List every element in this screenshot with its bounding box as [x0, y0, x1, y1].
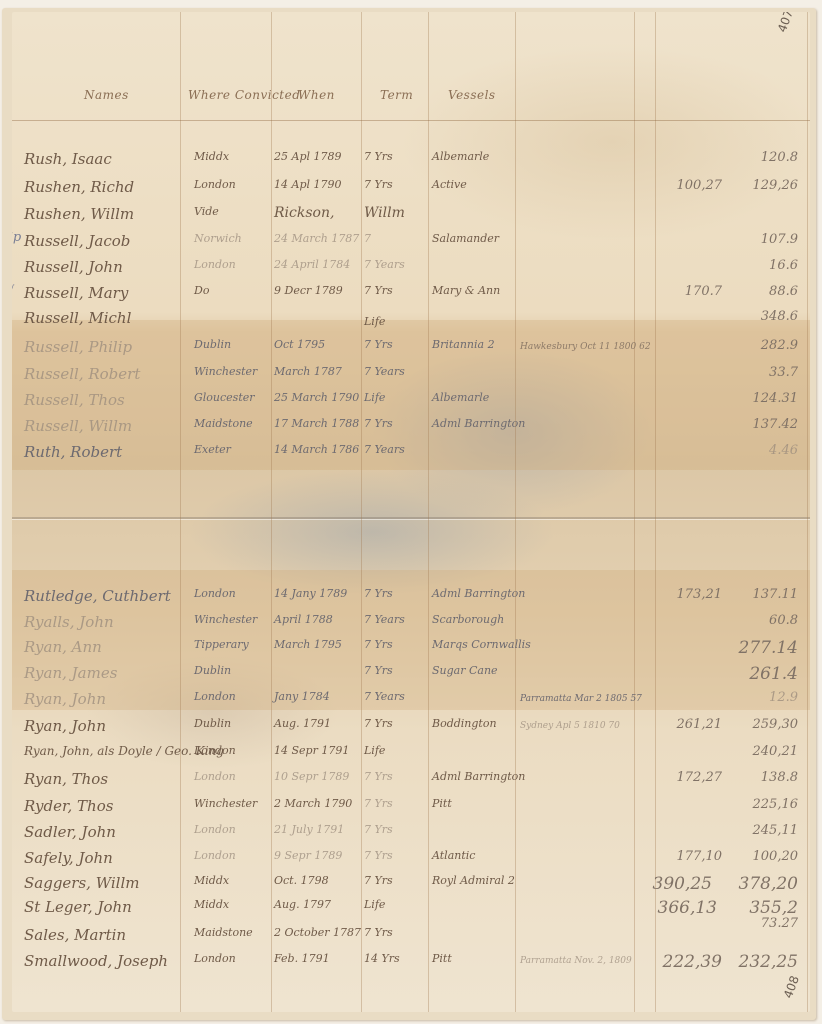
- cell-where: London: [194, 744, 236, 757]
- cell-num2: 245,11: [724, 823, 798, 838]
- table-row: Smallwood, Joseph London Feb. 1791 14 Yr…: [12, 952, 810, 978]
- cell-term: 7 Yrs: [364, 417, 393, 430]
- header-term: Term: [380, 88, 413, 102]
- cell-name: Rush, Isaac: [24, 150, 112, 168]
- cell-name: Rushen, Richd: [24, 178, 134, 196]
- cell-term: Life: [364, 315, 385, 328]
- cell-where: London: [194, 178, 236, 191]
- cell-num1: 177,10: [652, 849, 722, 864]
- cell-where: Middx: [194, 898, 229, 911]
- cell-name: Russell, Philip: [24, 338, 132, 356]
- cell-term: 7 Yrs: [364, 638, 393, 651]
- cell-when: 14 Sepr 1791: [274, 744, 349, 757]
- cell-name: St Leger, John: [24, 898, 132, 916]
- table-row: Russell, Philip Dublin Oct 1795 7 Yrs Br…: [12, 338, 810, 364]
- cell-vessel: Adml Barrington: [432, 770, 525, 783]
- cell-num2: 348.6: [724, 309, 798, 324]
- cell-term: 7 Yrs: [364, 797, 393, 810]
- cell-name: Ryder, Thos: [24, 797, 113, 815]
- cell-num2: 137.11: [724, 587, 798, 602]
- cell-term: 7 Years: [364, 258, 405, 271]
- cell-num1: 173,21: [652, 587, 722, 602]
- table-row: Ryder, Thos Winchester 2 March 1790 7 Yr…: [12, 797, 810, 823]
- table-row: Russell, Thos Gloucester 25 March 1790 L…: [12, 391, 810, 417]
- table-row: Russell, John London 24 April 1784 7 Yea…: [12, 258, 810, 284]
- cell-name: Ryalls, John: [24, 613, 114, 631]
- cell-num1: 172,27: [652, 770, 722, 785]
- cell-name: Ryan, Ann: [24, 638, 102, 656]
- cell-num2: 33.7: [724, 365, 798, 380]
- table-row: Saggers, Willm Middx Oct. 1798 7 Yrs Roy…: [12, 874, 810, 900]
- header-where-convicted: Where Convicted: [188, 88, 300, 102]
- cell-where: Dublin: [194, 338, 231, 351]
- cell-when: 10 Sepr 1789: [274, 770, 349, 783]
- table-row: Safely, John London 9 Sepr 1789 7 Yrs At…: [12, 849, 810, 875]
- table-row: Rush, Isaac Middx 25 Apl 1789 7 Yrs Albe…: [12, 150, 810, 176]
- cell-name: Russell, John: [24, 258, 123, 276]
- header-names: Names: [84, 88, 129, 102]
- table-row: Rushen, Willm Vide Rickson, Willm: [12, 205, 810, 231]
- table-row: Sales, Martin Maidstone 2 October 1787 7…: [12, 926, 810, 952]
- cell-when: 14 Apl 1790: [274, 178, 342, 191]
- table-row: Rushen, Richd London 14 Apl 1790 7 Yrs A…: [12, 178, 810, 204]
- cell-num2: 355,2: [724, 898, 798, 918]
- cell-term: 14 Yrs: [364, 952, 400, 965]
- table-row: Russell, Michl Life 348.6: [12, 309, 810, 335]
- cell-name: Russell, Jacob: [24, 232, 130, 250]
- cell-num2: 107.9: [724, 232, 798, 247]
- cell-where: Maidstone: [194, 926, 253, 939]
- cell-where: London: [194, 952, 236, 965]
- cell-when: April 1788: [274, 613, 333, 626]
- cell-where: London: [194, 587, 236, 600]
- cell-vessel: Albemarle: [432, 391, 489, 404]
- cell-remark: Hawkesbury Oct 11 1800 62: [520, 342, 651, 352]
- cell-vessel: Sugar Cane: [432, 664, 498, 677]
- table-row: Ryalls, John Winchester April 1788 7 Yea…: [12, 613, 810, 639]
- cell-num1: 170.7: [652, 284, 722, 299]
- cell-vessel: Adml Barrington: [432, 587, 525, 600]
- cell-remark: Parramatta Mar 2 1805 57: [520, 694, 642, 704]
- cell-term: 7 Yrs: [364, 150, 393, 163]
- cell-term: 7 Yrs: [364, 926, 393, 939]
- cell-where: London: [194, 849, 236, 862]
- cell-where: London: [194, 823, 236, 836]
- cell-vessel: Pitt: [432, 952, 452, 965]
- cell-vessel: Atlantic: [432, 849, 475, 862]
- cell-when: 9 Sepr 1789: [274, 849, 342, 862]
- cell-num1: 100,27: [652, 178, 722, 193]
- table-row: Sadler, John London 21 July 1791 7 Yrs 2…: [12, 823, 810, 849]
- cell-where: Tipperary: [194, 638, 249, 651]
- cell-when: 24 April 1784: [274, 258, 350, 271]
- cell-term: Life: [364, 744, 385, 757]
- table-row: Ryan, Thos London 10 Sepr 1789 7 Yrs Adm…: [12, 770, 810, 796]
- cell-num2: 137.42: [724, 417, 798, 432]
- cell-when: 14 Jany 1789: [274, 587, 347, 600]
- cell-name: Russell, Thos: [24, 391, 125, 409]
- cell-term: 7 Yrs: [364, 874, 393, 887]
- table-row: Ryan, John Dublin Aug. 1791 7 Yrs Boddin…: [12, 717, 810, 743]
- cell-term: 7: [364, 232, 371, 245]
- cell-num2: 225,16: [724, 797, 798, 812]
- cell-num2: 277.14: [724, 638, 798, 658]
- cell-name: Ruth, Robert: [24, 443, 122, 461]
- cell-name: Smallwood, Joseph: [24, 952, 168, 970]
- cell-when: 14 March 1786: [274, 443, 359, 456]
- page-number-top: 407: [775, 12, 796, 34]
- cell-term: 7 Yrs: [364, 284, 393, 297]
- cell-when: 21 July 1791: [274, 823, 344, 836]
- cell-term: 7 Years: [364, 613, 405, 626]
- cell-name: Safely, John: [24, 849, 113, 867]
- cell-term: 7 Yrs: [364, 178, 393, 191]
- cell-when: Aug. 1797: [274, 898, 331, 911]
- cell-where: Middx: [194, 874, 229, 887]
- table-row: St Leger, John Middx Aug. 1797 Life 366,…: [12, 898, 810, 924]
- cell-vessel: Mary & Ann: [432, 284, 500, 297]
- cell-term: 7 Yrs: [364, 717, 393, 730]
- cell-name: Rushen, Willm: [24, 205, 134, 223]
- cell-num2: 100,20: [724, 849, 798, 864]
- table-row: Ryan, John London Jany 1784 7 Years Parr…: [12, 690, 810, 716]
- cell-num1: 390,25: [612, 874, 712, 894]
- cell-num2: 124.31: [724, 391, 798, 406]
- cell-when: 2 October 1787: [274, 926, 361, 939]
- cell-vessel: Marqs Cornwallis: [432, 638, 531, 651]
- cell-where: London: [194, 770, 236, 783]
- cell-where: Vide: [194, 205, 219, 218]
- header-when: When: [298, 88, 335, 102]
- cell-when: 9 Decr 1789: [274, 284, 343, 297]
- cell-name: Russell, Michl: [24, 309, 131, 327]
- cell-num2: 378,20: [724, 874, 798, 894]
- cell-num2: 12.9: [724, 690, 798, 705]
- table-row: Ruth, Robert Exeter 14 March 1786 7 Year…: [12, 443, 810, 469]
- cell-when: Oct. 1798: [274, 874, 329, 887]
- cell-when: 25 Apl 1789: [274, 150, 342, 163]
- cell-remark: Parramatta Nov. 2, 1809: [520, 956, 632, 966]
- cell-num1: 222,39: [652, 952, 722, 972]
- cell-term: Life: [364, 898, 385, 911]
- cell-term: Life: [364, 391, 385, 404]
- cell-num2: 282.9: [724, 338, 798, 353]
- cell-name: Russell, Willm: [24, 417, 132, 435]
- cell-term: 7 Years: [364, 690, 405, 703]
- cell-where: Gloucester: [194, 391, 255, 404]
- cell-when: 17 March 1788: [274, 417, 359, 430]
- cell-term: 7 Yrs: [364, 338, 393, 351]
- cell-num2: 4.46: [724, 443, 798, 458]
- table-row: Ryan, John, als Doyle / Geo. King London…: [12, 744, 810, 770]
- cell-num1: 366,13: [622, 898, 717, 918]
- cell-where: London: [194, 258, 236, 271]
- cell-num2: 120.8: [724, 150, 798, 165]
- cell-when: March 1795: [274, 638, 342, 651]
- table-row: Ryan, James Dublin 7 Yrs Sugar Cane 261.…: [12, 664, 810, 690]
- cell-num2: 73.27: [724, 916, 798, 931]
- cell-where: Norwich: [194, 232, 242, 245]
- cell-term: 7 Years: [364, 365, 405, 378]
- cell-when: March 1787: [274, 365, 342, 378]
- table-row: Russell, Robert Winchester March 1787 7 …: [12, 365, 810, 391]
- cell-name: Saggers, Willm: [24, 874, 139, 892]
- cell-num2: 138.8: [724, 770, 798, 785]
- cell-vessel: Salamander: [432, 232, 499, 245]
- cell-when: 2 March 1790: [274, 797, 352, 810]
- cell-num2: 240,21: [724, 744, 798, 759]
- cell-num2: 232,25: [724, 952, 798, 972]
- cell-name: Ryan, John: [24, 690, 106, 708]
- cell-vessel: Active: [432, 178, 467, 191]
- cell-when: Aug. 1791: [274, 717, 331, 730]
- table-row: Rutledge, Cuthbert London 14 Jany 1789 7…: [12, 587, 810, 613]
- page-fold: [12, 517, 810, 519]
- table-row: Russell, Mary Do 9 Decr 1789 7 Yrs Mary …: [12, 284, 810, 310]
- cell-where: Winchester: [194, 797, 257, 810]
- header-rule: [12, 120, 810, 121]
- cell-remark: Sydney Apl 5 1810 70: [520, 721, 620, 731]
- cell-num2: 88.6: [724, 284, 798, 299]
- cell-where: Middx: [194, 150, 229, 163]
- ledger-page: Names Where Convicted When Term Vessels …: [12, 12, 810, 1012]
- cell-where: Exeter: [194, 443, 231, 456]
- cell-num2: 129,26: [724, 178, 798, 193]
- header-vessels: Vessels: [448, 88, 496, 102]
- cell-num1: 261,21: [652, 717, 722, 732]
- cell-name: Sadler, John: [24, 823, 116, 841]
- cell-name: Rutledge, Cuthbert: [24, 587, 171, 605]
- cell-where: Dublin: [194, 717, 231, 730]
- table-row: Russell, Willm Maidstone 17 March 1788 7…: [12, 417, 810, 443]
- cell-where: Do: [194, 284, 209, 297]
- cell-term: 7 Yrs: [364, 823, 393, 836]
- cell-where: Dublin: [194, 664, 231, 677]
- cell-when: Feb. 1791: [274, 952, 330, 965]
- table-row: Russell, Jacob Norwich 24 March 1787 7 S…: [12, 232, 810, 258]
- cell-where: Winchester: [194, 613, 257, 626]
- cell-name: Ryan, Thos: [24, 770, 108, 788]
- cell-vessel: Royl Admiral 2: [432, 874, 515, 887]
- cell-vessel: Britannia 2: [432, 338, 495, 351]
- cell-vessel: Albemarle: [432, 150, 489, 163]
- cell-term: 7 Yrs: [364, 770, 393, 783]
- cell-when: 24 March 1787: [274, 232, 359, 245]
- cell-where: London: [194, 690, 236, 703]
- cell-term: 7 Years: [364, 443, 405, 456]
- cell-name: Sales, Martin: [24, 926, 126, 944]
- table-row: Ryan, Ann Tipperary March 1795 7 Yrs Mar…: [12, 638, 810, 664]
- cell-when: Rickson,: [274, 205, 334, 221]
- cell-name: Russell, Robert: [24, 365, 140, 383]
- cell-term: 7 Yrs: [364, 664, 393, 677]
- cell-term: 7 Yrs: [364, 587, 393, 600]
- cell-vessel: Boddington: [432, 717, 497, 730]
- cell-num2: 261.4: [724, 664, 798, 684]
- cell-vessel: Pitt: [432, 797, 452, 810]
- cell-num2: 259,30: [724, 717, 798, 732]
- cell-name: Ryan, John: [24, 717, 106, 735]
- cell-num2: 16.6: [724, 258, 798, 273]
- cell-vessel: Adml Barrington: [432, 417, 525, 430]
- cell-when: Oct 1795: [274, 338, 325, 351]
- cell-term: 7 Yrs: [364, 849, 393, 862]
- cell-num2: 60.8: [724, 613, 798, 628]
- cell-where: Maidstone: [194, 417, 253, 430]
- cell-when: 25 March 1790: [274, 391, 359, 404]
- cell-term: Willm: [364, 205, 405, 221]
- cell-where: Winchester: [194, 365, 257, 378]
- cell-vessel: Scarborough: [432, 613, 504, 626]
- cell-name: Russell, Mary: [24, 284, 128, 302]
- cell-name: Ryan, James: [24, 664, 117, 682]
- cell-when: Jany 1784: [274, 690, 330, 703]
